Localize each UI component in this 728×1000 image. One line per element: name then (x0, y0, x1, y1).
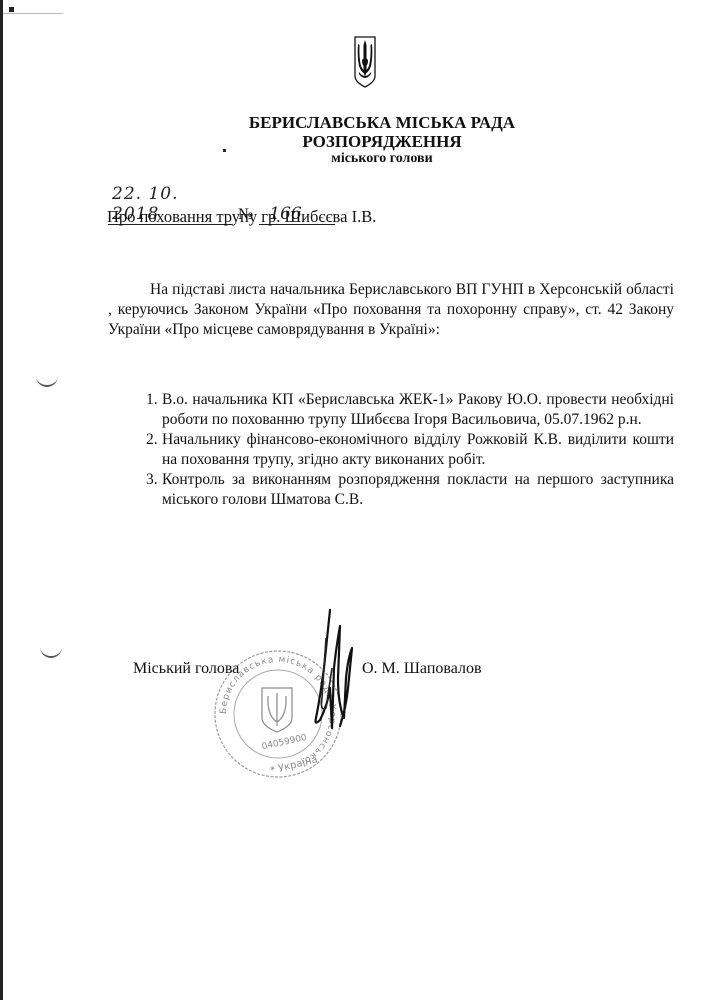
signatory-role: Міський голова (133, 660, 239, 678)
scan-corner-mark (9, 7, 14, 12)
council-name-heading: БЕРИСЛАВСЬКА МІСЬКА РАДА (18, 113, 728, 133)
order-item: 3. Контроль за виконанням розпорядження … (146, 470, 674, 510)
order-item: 1. В.о. начальника КП «Бериславська ЖЕК-… (146, 390, 674, 430)
item-number: 1. (146, 390, 158, 410)
scan-top-edge (3, 13, 63, 14)
item-text: Начальнику фінансово-економічного відділ… (162, 430, 674, 470)
issuer-heading: міського голови (18, 151, 728, 167)
scanned-document-page: БЕРИСЛАВСЬКА МІСЬКА РАДА РОЗПОРЯДЖЕННЯ м… (0, 0, 728, 1000)
scan-left-edge (0, 0, 3, 1000)
item-number: 2. (146, 430, 158, 450)
order-items-list: 1. В.о. начальника КП «Бериславська ЖЕК-… (146, 390, 674, 510)
preamble-paragraph: На підставі листа начальника Бериславськ… (108, 280, 674, 340)
signatory-name: О. М. Шаповалов (362, 660, 482, 678)
handwritten-signature (300, 608, 360, 748)
document-type-heading: РОЗПОРЯДЖЕННЯ (18, 132, 728, 152)
trident-emblem-icon (354, 36, 376, 88)
item-text: Контроль за виконанням розпорядження пок… (162, 470, 674, 510)
punch-hole-mark (36, 375, 58, 387)
scan-dot (223, 149, 226, 152)
order-item: 2. Начальнику фінансово-економічного від… (146, 430, 674, 470)
item-text: В.о. начальника КП «Бериславська ЖЕК-1» … (162, 390, 674, 430)
item-number: 3. (146, 470, 158, 490)
document-subject: Про поховання трупу гр. Шибєєва І.В. (107, 207, 376, 227)
punch-hole-mark (40, 646, 62, 658)
